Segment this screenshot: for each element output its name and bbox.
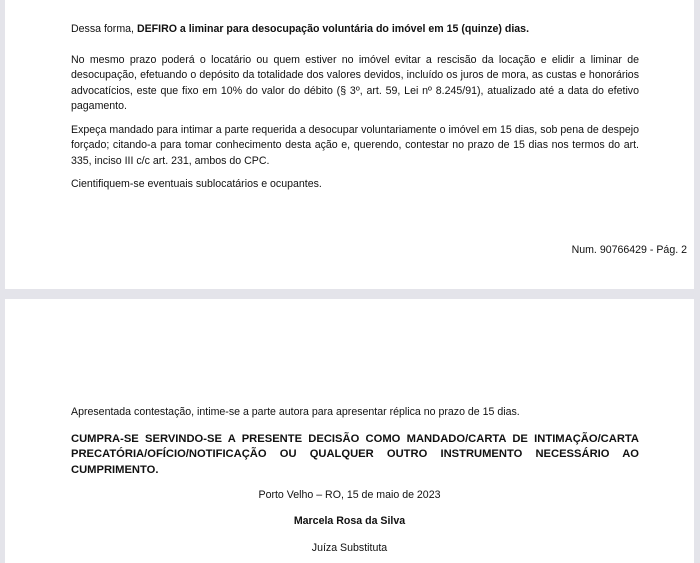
compliance-paragraph: CUMPRA-SE SERVINDO-SE A PRESENTE DECISÃO… [71, 432, 639, 478]
decision-paragraph: Dessa forma, DEFIRO a liminar para desoc… [71, 22, 639, 37]
signer-name: Marcela Rosa da Silva [5, 515, 694, 527]
decision-bold-text: DEFIRO a liminar para desocupação volunt… [137, 23, 529, 35]
place-date: Porto Velho – RO, 15 de maio de 2023 [5, 489, 694, 501]
notice-paragraph: Cientifiquem-se eventuais sublocatários … [71, 177, 639, 192]
deposit-paragraph: No mesmo prazo poderá o locatário ou que… [71, 53, 639, 115]
signer-role: Juíza Substituta [5, 542, 694, 554]
document-page-3: Apresentada contestação, intime-se a par… [5, 299, 694, 563]
document-page-2: Dessa forma, DEFIRO a liminar para desoc… [5, 0, 694, 289]
mandate-paragraph: Expeça mandado para intimar a parte requ… [71, 123, 639, 169]
decision-prefix: Dessa forma, [71, 23, 137, 35]
page-footer-number: Num. 90766429 - Pág. 2 [572, 244, 687, 256]
reply-paragraph: Apresentada contestação, intime-se a par… [71, 405, 639, 420]
